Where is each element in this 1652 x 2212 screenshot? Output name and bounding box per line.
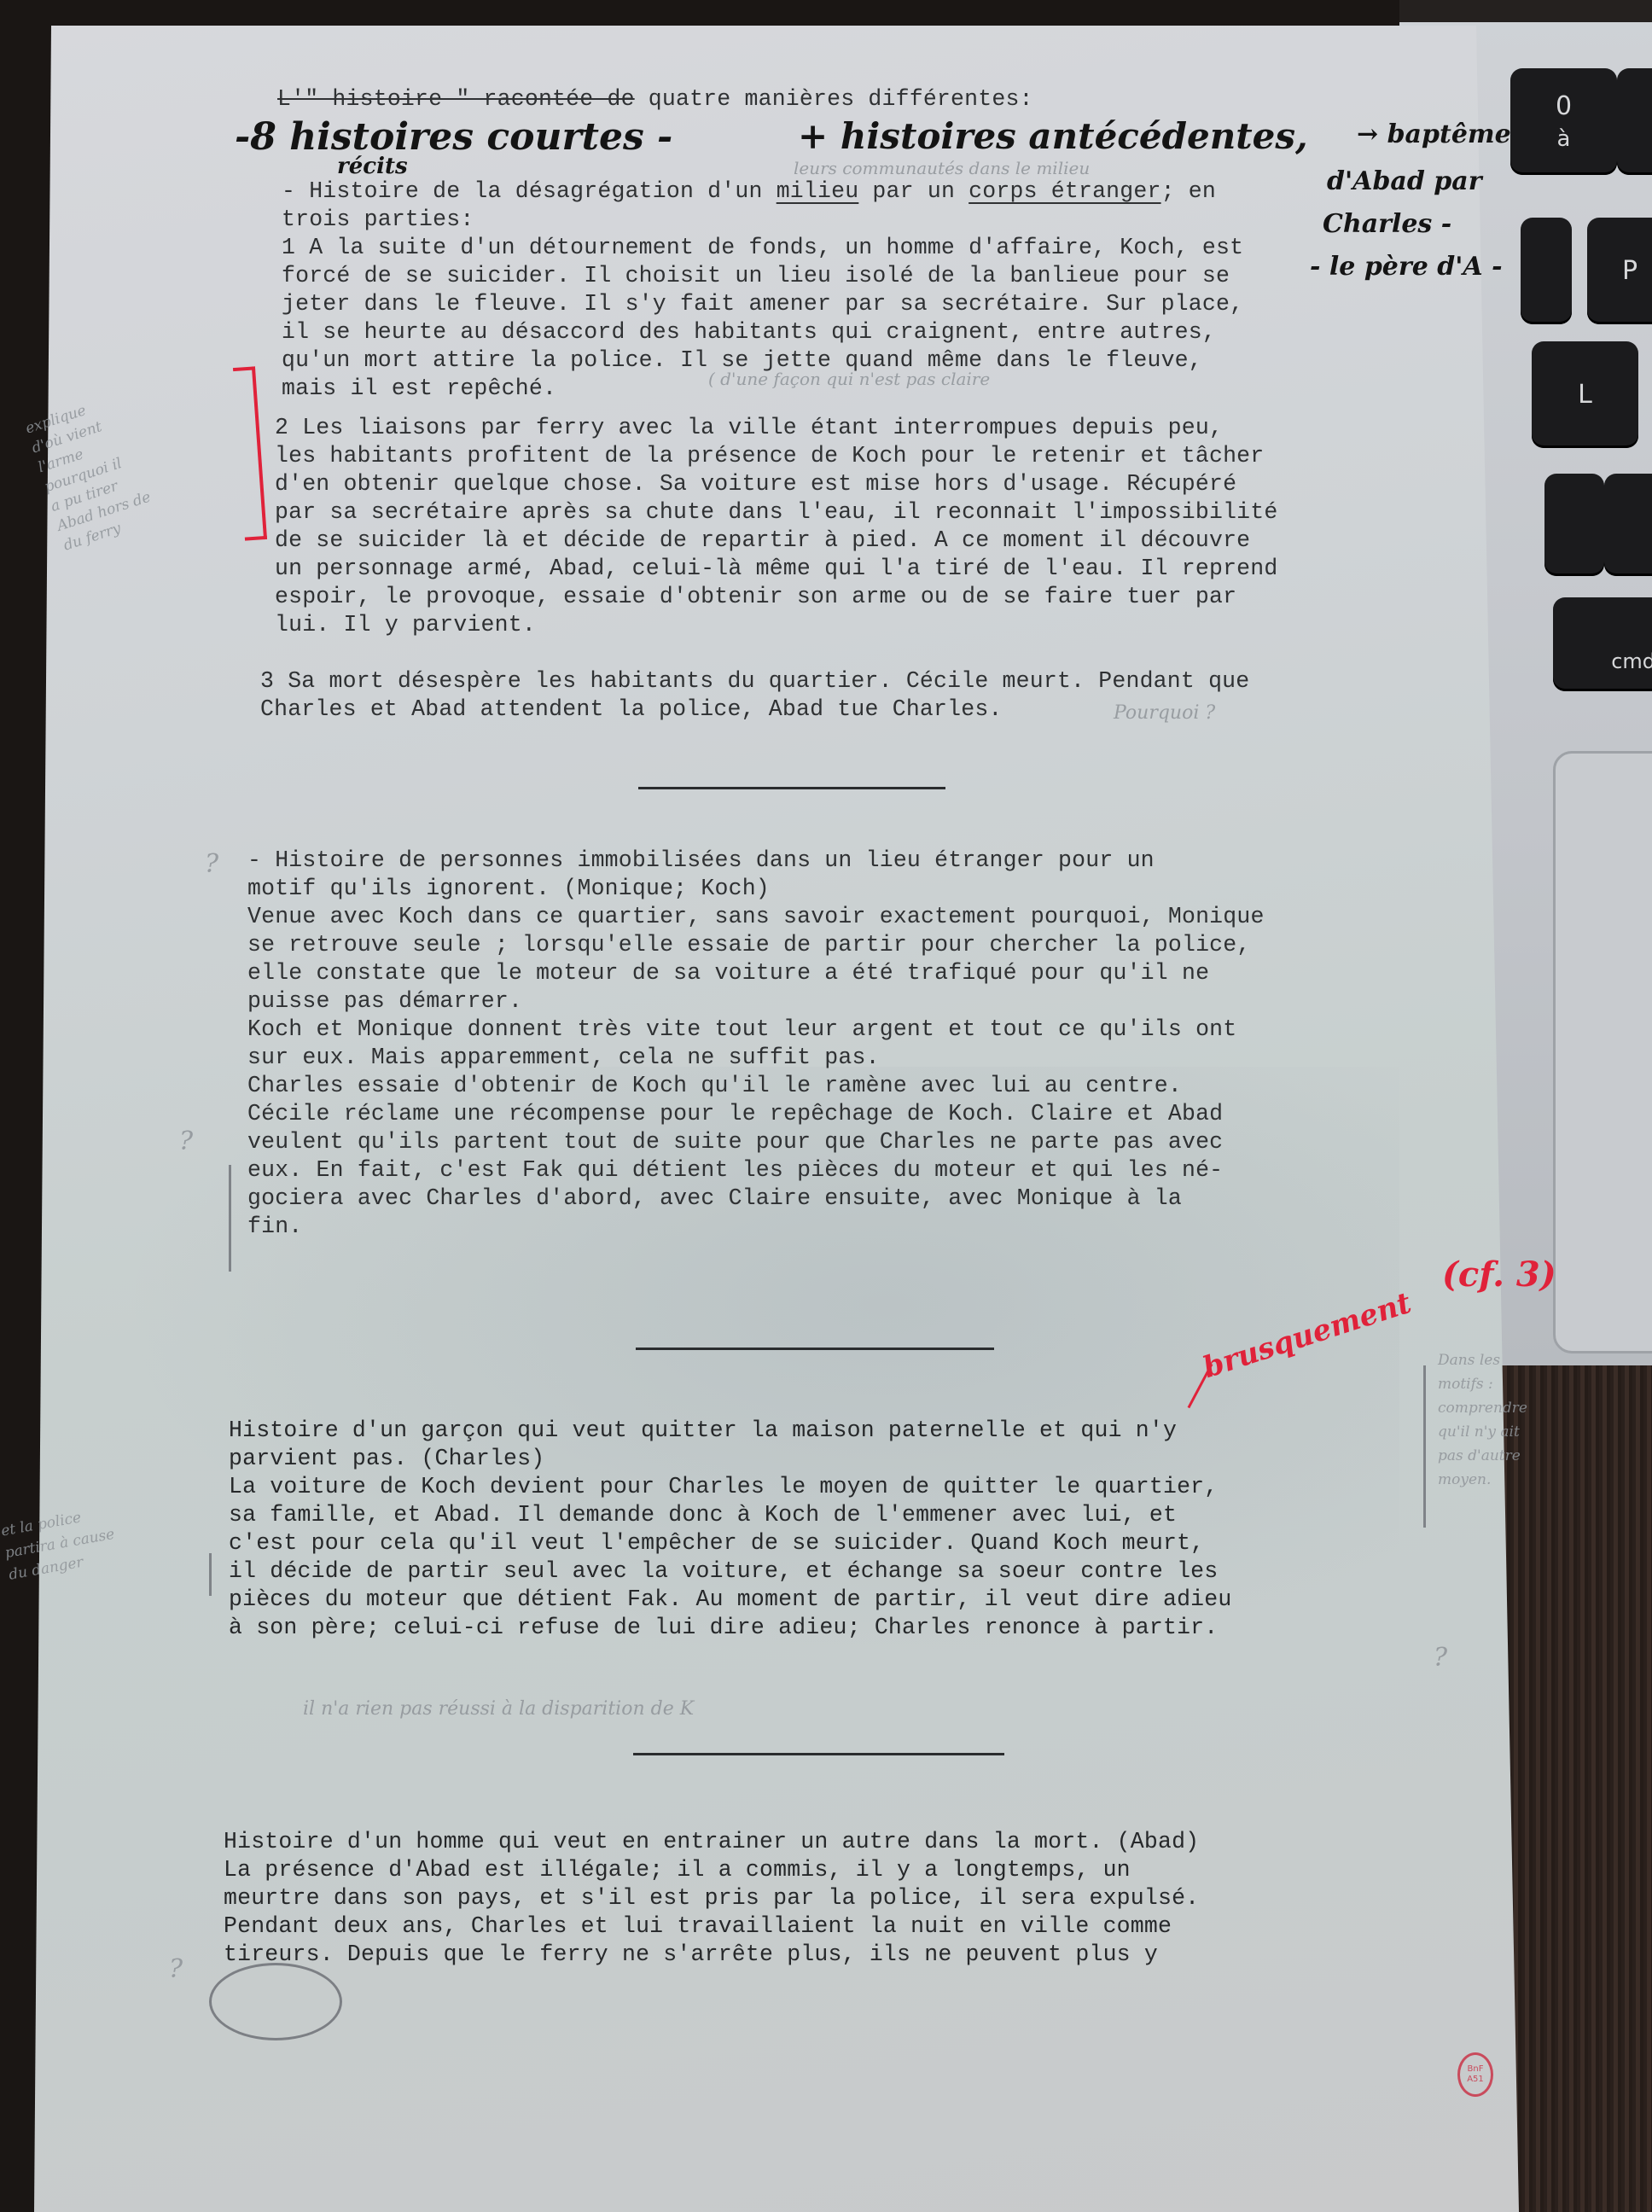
keyboard-key-right-top: [1617, 68, 1652, 175]
keyboard-key-l: L: [1532, 341, 1638, 448]
typed-line: puisse pas démarrer.: [247, 987, 1265, 1016]
typed-line: gociera avec Charles d'abord, avec Clair…: [247, 1185, 1265, 1213]
pencil-margin-line: [209, 1553, 212, 1596]
keyboard-key-cmd: cmd: [1553, 597, 1652, 691]
typed-line: Charles et Abad attendent la police, Aba…: [260, 696, 1249, 724]
section-divider: [636, 1348, 994, 1350]
annotation-pencil-question-mark: ?: [205, 849, 218, 879]
typed-line: c'est pour cela qu'il veut l'empêcher de…: [229, 1529, 1232, 1557]
section-2: - Histoire de personnes immobilisées dan…: [247, 847, 1265, 1241]
section-1-title-text: - Histoire de la désagrégation d'un: [282, 178, 777, 204]
annotation-pencil-right-section3: Dans lesmotifs :comprendrequ'il n'y aitp…: [1438, 1348, 1527, 1492]
typed-line: se retrouve seule ; lorsqu'elle essaie d…: [247, 931, 1265, 959]
typed-line: parvient pas. (Charles): [229, 1445, 1232, 1473]
section-1-part-3: 3 Sa mort désespère les habitants du qua…: [260, 667, 1249, 724]
typed-line: veulent qu'ils partent tout de suite pou…: [247, 1128, 1265, 1156]
annotation-line: qu'il n'y ait: [1438, 1420, 1527, 1444]
library-stamp: BnF A51: [1457, 2052, 1493, 2097]
typed-line: trois parties:: [282, 206, 1243, 234]
annotation-pencil-facon: ( d'une façon qui n'est pas claire: [708, 369, 990, 389]
annotation-line: Dans les: [1438, 1348, 1527, 1372]
annotation-line: moyen.: [1438, 1468, 1527, 1492]
typed-line: La présence d'Abad est illégale; il a co…: [224, 1856, 1199, 1884]
typed-line: il se heurte au désaccord des habitants …: [282, 318, 1243, 346]
section-3: Histoire d'un garçon qui veut quitter la…: [229, 1417, 1232, 1642]
annotation-line: pas d'autre: [1438, 1444, 1527, 1468]
typed-line: 2 Les liaisons par ferry avec la ville é…: [275, 414, 1278, 442]
typed-line: eux. En fait, c'est Fak qui détient les …: [247, 1156, 1265, 1185]
typed-line: forcé de se suicider. Il choisit un lieu…: [282, 262, 1243, 290]
typed-line: pièces du moteur que détient Fak. Au mom…: [229, 1586, 1232, 1614]
heading-struck-text: L'" histoire " racontée de: [277, 86, 635, 112]
underlined-milieu: milieu: [777, 178, 859, 204]
page-heading: L'" histoire " racontée de quatre manièr…: [277, 85, 1033, 114]
annotation-red-cf-3: (cf. 3): [1442, 1254, 1556, 1295]
typed-line: de se suicider là et décide de repartir …: [275, 527, 1278, 555]
annotation-pencil-communautes: leurs communautés dans le milieu: [794, 158, 1090, 178]
typed-line: les habitants profitent de la présence d…: [275, 442, 1278, 470]
annotation-line: motifs :: [1438, 1372, 1527, 1396]
heading-text: quatre manières différentes:: [635, 86, 1033, 112]
typed-line: motif qu'ils ignorent. (Monique; Koch): [247, 875, 1265, 903]
typed-line: à son père; celui-ci refuse de lui dire …: [229, 1614, 1232, 1642]
annotation-line: comprendre: [1438, 1396, 1527, 1420]
section-1-part-2: 2 Les liaisons par ferry avec la ville é…: [275, 414, 1278, 639]
typed-line: jeter dans le fleuve. Il s'y fait amener…: [282, 290, 1243, 318]
typed-line: Koch et Monique donnent très vite tout l…: [247, 1016, 1265, 1044]
typed-line: Charles essaie d'obtenir de Koch qu'il l…: [247, 1072, 1265, 1100]
typed-line: Histoire d'un homme qui veut en entraine…: [224, 1828, 1199, 1856]
annotation-ink-histoires-courtes: -8 histoires courtes -: [235, 115, 672, 159]
section-divider: [638, 787, 945, 789]
annotation-pencil-question-mark: ?: [169, 1954, 183, 1984]
annotation-ink-histoires-antecedentes: + histoires antécédentes,: [798, 115, 1308, 157]
typed-line: 1 A la suite d'un détournement de fonds,…: [282, 234, 1243, 262]
stamp-text: A51: [1467, 2075, 1484, 2085]
annotation-pencil-question-mark: ?: [179, 1126, 193, 1156]
stamp-text: BnF: [1468, 2064, 1484, 2075]
keyboard-key-p: P: [1587, 218, 1652, 324]
annotation-ink-bapteme: → baptême: [1357, 119, 1511, 149]
trackpad: [1553, 751, 1652, 1353]
typed-line: tireurs. Depuis que le ferry ne s'arrête…: [224, 1941, 1199, 1969]
keyboard-key-blank-2: [1604, 474, 1652, 576]
typed-line: Venue avec Koch dans ce quartier, sans s…: [247, 903, 1265, 931]
typed-line: lui. Il y parvient.: [275, 611, 1278, 639]
annotation-ink-charles: Charles -: [1323, 209, 1451, 239]
keyboard-key-0: 0 à: [1510, 68, 1617, 175]
pencil-circle-tireurs: [209, 1963, 342, 2040]
annotation-ink-recits: récits: [337, 154, 408, 179]
section-1-title: - Histoire de la désagrégation d'un mili…: [282, 178, 1216, 206]
section-4: Histoire d'un homme qui veut en entraine…: [224, 1828, 1199, 1969]
section-1-title-text: par un: [858, 178, 969, 204]
pencil-margin-line: [229, 1165, 231, 1272]
keyboard-key-blank: [1544, 474, 1604, 576]
typed-line: il décide de partir seul avec la voiture…: [229, 1557, 1232, 1586]
keyboard-key-partial: [1521, 218, 1572, 324]
typed-line: d'en obtenir quelque chose. Sa voiture e…: [275, 470, 1278, 498]
underlined-corps-etranger: corps étranger: [969, 178, 1160, 204]
typed-line: par sa secrétaire après sa chute dans l'…: [275, 498, 1278, 527]
pencil-margin-line: [1423, 1365, 1426, 1528]
typed-line: Pendant deux ans, Charles et lui travail…: [224, 1912, 1199, 1941]
annotation-pencil-pourquoi: Pourquoi ?: [1114, 702, 1215, 724]
typed-line: 3 Sa mort désespère les habitants du qua…: [260, 667, 1249, 696]
annotation-pencil-question-mark: ?: [1434, 1643, 1447, 1673]
typed-line: La voiture de Koch devient pour Charles …: [229, 1473, 1232, 1501]
annotation-pencil-disparition: il n'a rien pas réussi à la disparition …: [303, 1698, 694, 1720]
typed-line: fin.: [247, 1213, 1265, 1241]
annotation-ink-le-pere: - le père d'A -: [1310, 252, 1503, 282]
typed-line: Histoire d'un garçon qui veut quitter la…: [229, 1417, 1232, 1445]
annotation-ink-dabad-par: d'Abad par: [1327, 166, 1482, 196]
typed-line: Cécile réclame une récompense pour le re…: [247, 1100, 1265, 1128]
typed-line: espoir, le provoque, essaie d'obtenir so…: [275, 583, 1278, 611]
typed-line: un personnage armé, Abad, celui-là même …: [275, 555, 1278, 583]
typed-line: elle constate que le moteur de sa voitur…: [247, 959, 1265, 987]
typed-line: sa famille, et Abad. Il demande donc à K…: [229, 1501, 1232, 1529]
typed-line: - Histoire de personnes immobilisées dan…: [247, 847, 1265, 875]
section-divider: [633, 1753, 1004, 1755]
typed-line: sur eux. Mais apparemment, cela ne suffi…: [247, 1044, 1265, 1072]
typed-line: meurtre dans son pays, et s'il est pris …: [224, 1884, 1199, 1912]
laptop-edge: [1399, 0, 1652, 22]
section-1-title-text: ; en: [1161, 178, 1216, 204]
